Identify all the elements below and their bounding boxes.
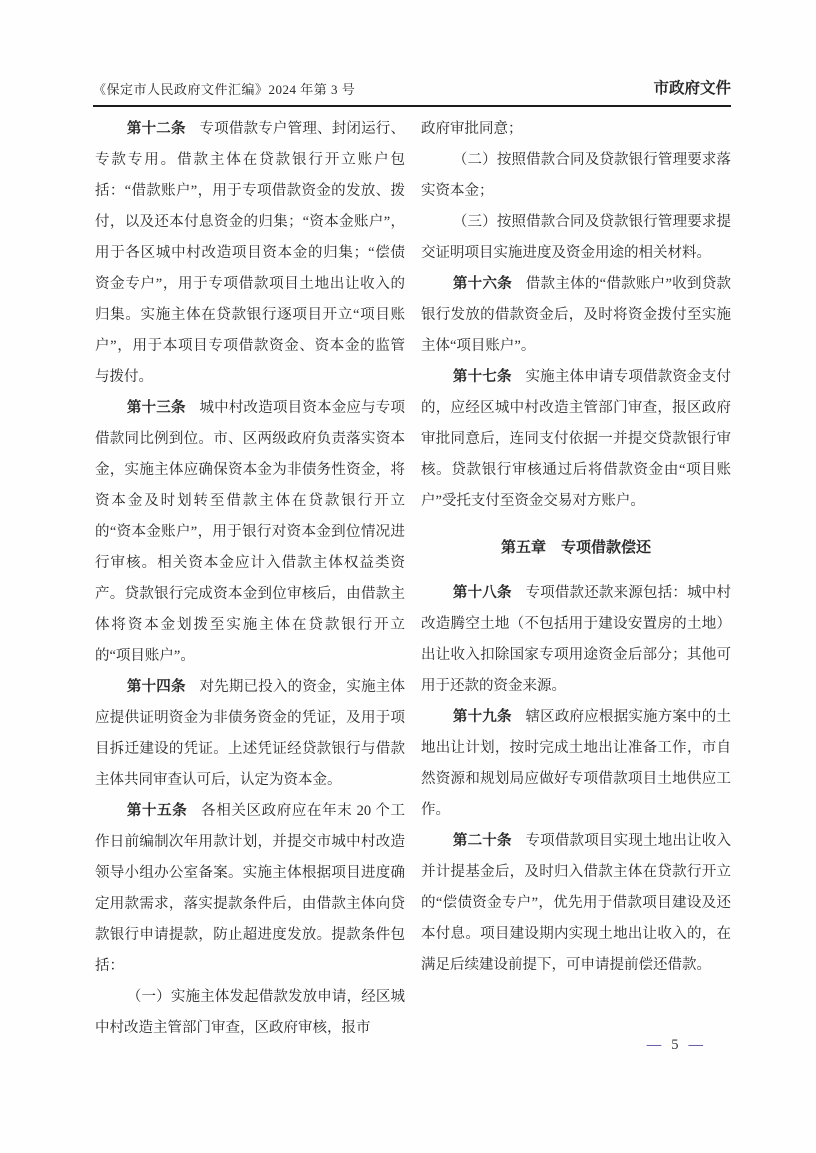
paragraph: （三）按照借款合同及贷款银行管理要求提交证明项目实施进度及资金用途的相关材料。 — [421, 207, 731, 269]
paragraph: 第十五条各相关区政府应在年末 20 个工作日前编制次年用款计划，并提交市城中村改… — [95, 796, 405, 982]
paragraph: （二）按照借款合同及贷款银行管理要求落实资本金； — [421, 145, 731, 207]
article-number: 第十二条 — [127, 121, 186, 137]
page-number-dash: — — [647, 1037, 663, 1053]
article-number: 第十七条 — [453, 369, 512, 385]
paragraph: 第十七条实施主体申请专项借款资金支付的，应经区城中村改造主管部门审查，报区政府审… — [421, 362, 731, 517]
page-number-value: 5 — [671, 1037, 679, 1053]
paragraph: 第十六条借款主体的“借款账户”收到贷款银行发放的借款资金后，及时将资金拨付至实施… — [421, 269, 731, 362]
header-doc-category: 市政府文件 — [653, 76, 731, 98]
paragraph: 第二十条专项借款项目实现土地出让收入并计提基金后，及时归入借款主体在贷款行开立的… — [421, 826, 731, 981]
article-number: 第十六条 — [453, 276, 512, 292]
page-number-dash: — — [689, 1037, 705, 1053]
paragraph: 第十八条专项借款还款来源包括：城中村改造腾空土地（不包括用于建设安置房的土地）出… — [421, 578, 731, 702]
paragraph: 第十九条辖区政府应根据实施方案中的土地出让计划，按时完成土地出让准备工作，市自然… — [421, 702, 731, 826]
paragraph: （一）实施主体发起借款发放申请，经区城中村改造主管部门审查，区政府审核，报市 — [95, 982, 405, 1044]
text-column-left: 第十二条专项借款专户管理、封闭运行、专款专用。借款主体在贷款银行开立账户包括：“… — [95, 114, 405, 1044]
page-header: 《保定市人民政府文件汇编》2024 年第 3 号 市政府文件 — [93, 76, 731, 107]
text-column-right: 政府审批同意；（二）按照借款合同及贷款银行管理要求落实资本金；（三）按照借款合同… — [421, 114, 731, 1044]
article-number: 第十四条 — [127, 679, 186, 695]
article-number: 第十九条 — [453, 709, 512, 725]
chapter-heading: 第五章 专项借款偿还 — [421, 532, 731, 563]
article-number: 第二十条 — [453, 833, 512, 849]
article-number: 第十三条 — [127, 400, 186, 416]
paragraph: 第十四条对先期已投入的资金，实施主体应提供证明资金为非债务资金的凭证，及用于项目… — [95, 672, 405, 796]
article-number: 第十八条 — [453, 585, 512, 601]
paragraph: 政府审批同意； — [421, 114, 731, 145]
two-column-text: 第十二条专项借款专户管理、封闭运行、专款专用。借款主体在贷款银行开立账户包括：“… — [95, 114, 731, 1044]
page-number: —5— — [647, 1037, 704, 1054]
header-publication-title: 《保定市人民政府文件汇编》2024 年第 3 号 — [93, 79, 355, 98]
article-number: 第十五条 — [127, 803, 188, 819]
document-page: 《保定市人民政府文件汇编》2024 年第 3 号 市政府文件 第十二条专项借款专… — [0, 0, 816, 1153]
paragraph: 第十二条专项借款专户管理、封闭运行、专款专用。借款主体在贷款银行开立账户包括：“… — [95, 114, 405, 393]
paragraph: 第十三条城中村改造项目资本金应与专项借款同比例到位。市、区两级政府负责落实资本金… — [95, 393, 405, 672]
